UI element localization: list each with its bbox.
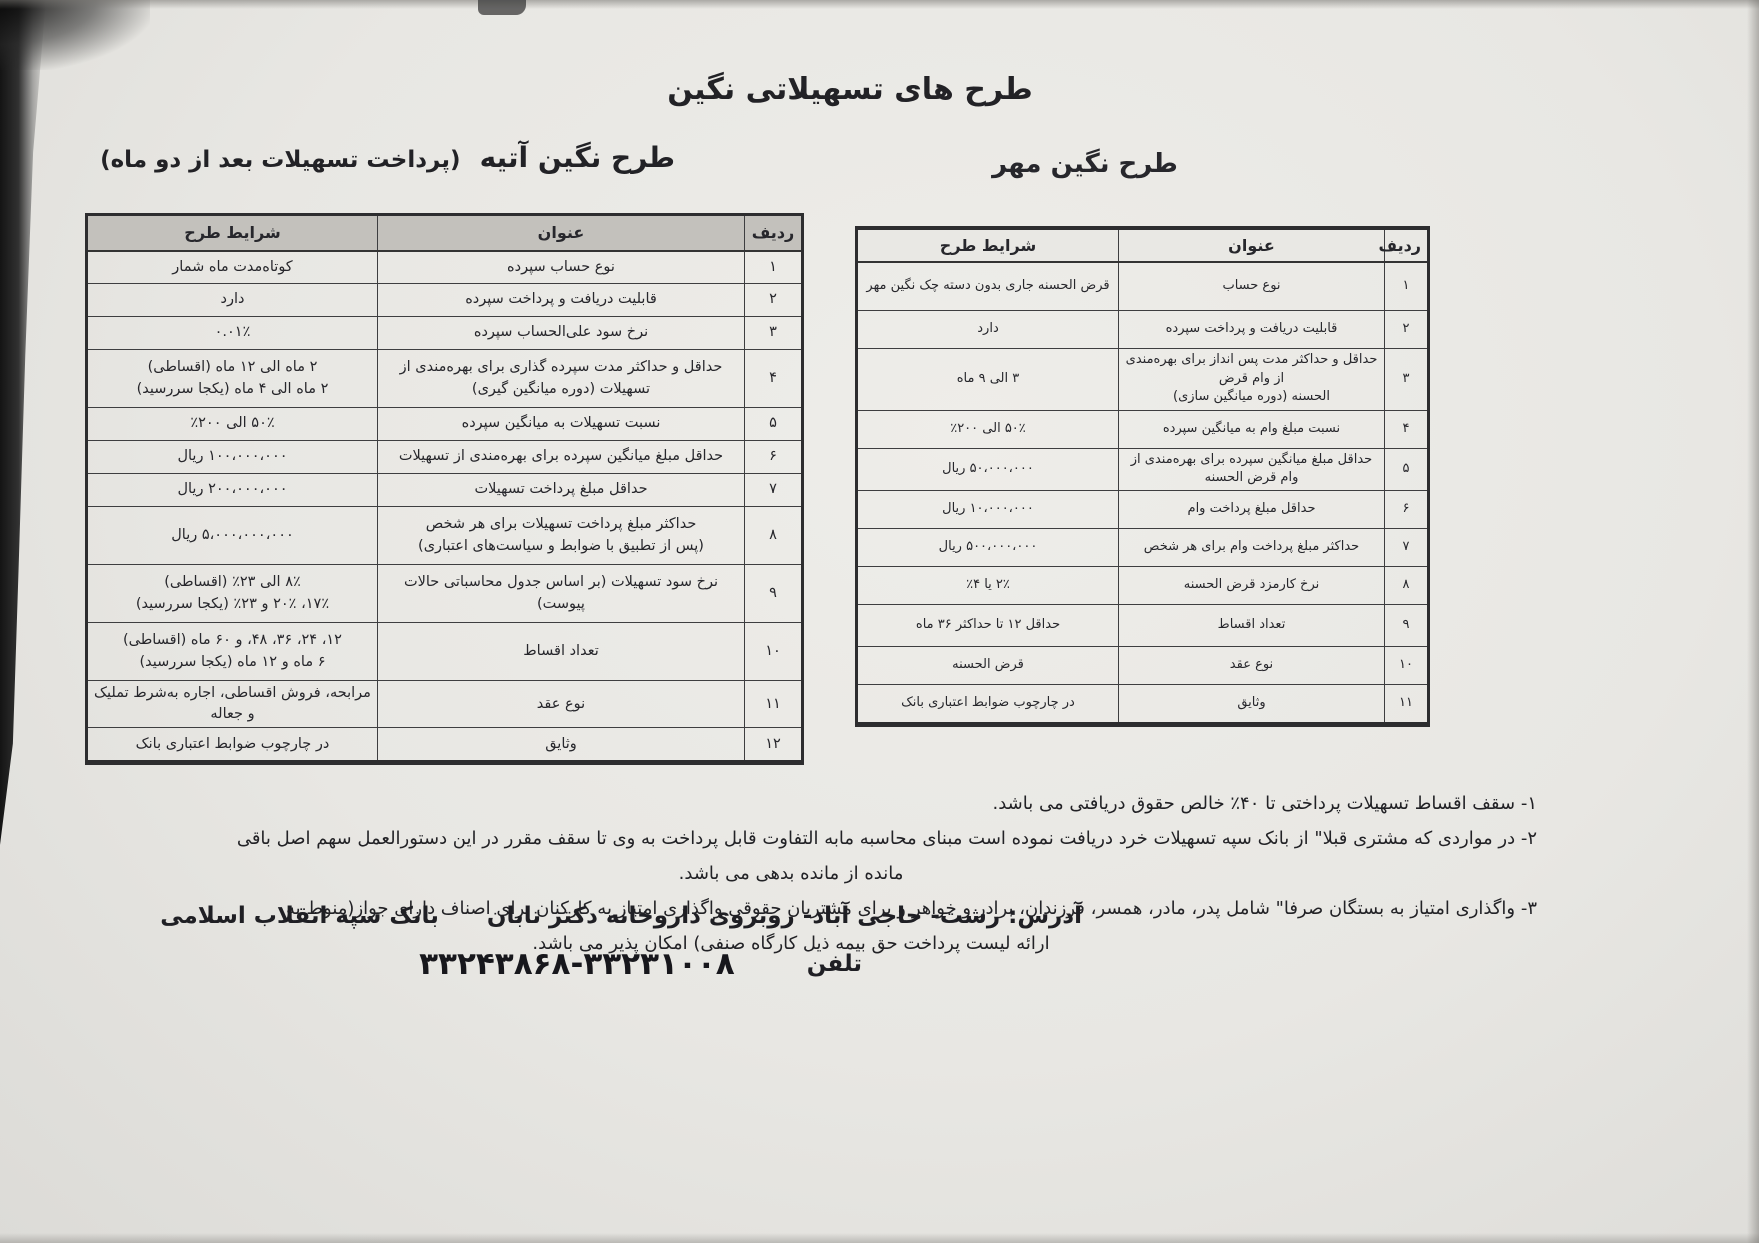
header-conditions: شرایط طرح: [87, 215, 378, 251]
header-row-no: ردیف: [1385, 228, 1429, 262]
cell-title: نسبت مبلغ وام به میانگین سپرده: [1119, 410, 1385, 448]
scan-top-strip-artifact: [0, 0, 1759, 9]
cell-row-no: ۹: [745, 565, 803, 623]
cell-conditions: ۵۰٪ الی ۲۰۰٪: [87, 408, 378, 441]
cell-row-no: ۱۰: [745, 623, 803, 681]
cell-title: نرخ سود تسهیلات (بر اساس جدول محاسباتی ح…: [378, 565, 745, 623]
table-row: ۲ قابلیت دریافت و پرداخت سپرده دارد: [857, 310, 1429, 348]
cell-conditions: ۲٪ یا ۴٪: [857, 567, 1119, 605]
cell-row-no: ۴: [745, 350, 803, 408]
footnote-2-line-1: ۲- در مواردی که مشتری قبلا" از بانک سپه …: [45, 821, 1537, 856]
table-row: ۹ تعداد اقساط حداقل ۱۲ تا حداکثر ۳۶ ماه: [857, 605, 1429, 647]
cell-title: قابلیت دریافت و پرداخت سپرده: [378, 284, 745, 317]
scan-edge-right-artifact: [1747, 0, 1759, 1243]
cell-title: حداکثر مبلغ پرداخت وام برای هر شخص: [1119, 529, 1385, 567]
cell-title: حداقل و حداکثر مدت سپرده گذاری برای بهره…: [378, 350, 745, 408]
cell-title: حداقل مبلغ پرداخت وام: [1119, 491, 1385, 529]
cell-conditions: ۸٪ الی ۲۳٪ (اقساطی) ۱۷٪، ۲۰٪ و ۲۳٪ (یکجا…: [87, 565, 378, 623]
cell-conditions: دارد: [87, 284, 378, 317]
cell-conditions: ۱۲، ۲۴، ۳۶، ۴۸، و ۶۰ ماه (اقساطی) ۶ ماه …: [87, 623, 378, 681]
cell-row-no: ۷: [1385, 529, 1429, 567]
branch-address: آدرس: رشت- حاجی آباد- روبروی داروخانه دک…: [487, 903, 1082, 929]
table-row: ۶ حداقل مبلغ پرداخت وام ۱۰،۰۰۰،۰۰۰ ریال: [857, 491, 1429, 529]
cell-conditions: ۵۰۰،۰۰۰،۰۰۰ ریال: [857, 529, 1119, 567]
cell-row-no: ۷: [745, 474, 803, 507]
cell-row-no: ۱: [1385, 262, 1429, 310]
cell-conditions: ۱۰۰،۰۰۰،۰۰۰ ریال: [87, 441, 378, 474]
cell-conditions: دارد: [857, 310, 1119, 348]
cell-title: نرخ کارمزد قرض الحسنه: [1119, 567, 1385, 605]
header-title: عنوان: [378, 215, 745, 251]
table-row: ۱۲ وثایق در چارچوب ضوابط اعتباری بانک: [87, 728, 803, 763]
cell-title: نرخ سود علی‌الحساب سپرده: [378, 317, 745, 350]
scanned-document: طرح های تسهیلاتی نگین طرح نگین مهر طرح ن…: [0, 0, 1759, 1243]
cell-row-no: ۱۰: [1385, 647, 1429, 685]
cell-conditions: حداقل ۱۲ تا حداکثر ۳۶ ماه: [857, 605, 1119, 647]
cell-row-no: ۳: [1385, 348, 1429, 410]
cell-row-no: ۸: [1385, 567, 1429, 605]
footnotes-block: ۱- سقف اقساط تسهیلات پرداختی تا ۴۰٪ خالص…: [45, 786, 1537, 961]
cell-title: تعداد اقساط: [378, 623, 745, 681]
mehr-plan-table: ردیف عنوان شرایط طرح ۱ نوع حساب قرض الحس…: [855, 226, 1430, 727]
cell-conditions: ۵،۰۰۰،۰۰۰،۰۰۰ ریال: [87, 507, 378, 565]
document-title: طرح های تسهیلاتی نگین: [590, 72, 1110, 107]
cell-conditions: مرابحه، فروش اقساطی، اجاره به‌شرط تملیک …: [87, 681, 378, 728]
table-row: ۳ نرخ سود علی‌الحساب سپرده ۰.۰۱٪: [87, 317, 803, 350]
cell-row-no: ۱: [745, 251, 803, 284]
cell-conditions: ۱۰،۰۰۰،۰۰۰ ریال: [857, 491, 1119, 529]
cell-conditions: قرض الحسنه جاری بدون دسته چک نگین مهر: [857, 262, 1119, 310]
cell-row-no: ۲: [745, 284, 803, 317]
table-header-row: ردیف عنوان شرایط طرح: [87, 215, 803, 251]
cell-conditions: ۲ ماه الی ۱۲ ماه (اقساطی) ۲ ماه الی ۴ ما…: [87, 350, 378, 408]
scan-edge-bottom-artifact: [0, 1233, 1759, 1243]
cell-title: حداکثر مبلغ پرداخت تسهیلات برای هر شخص (…: [378, 507, 745, 565]
scan-corner-artifact: [0, 0, 150, 70]
cell-conditions: در چارچوب ضوابط اعتباری بانک: [87, 728, 378, 763]
table-row: ۸ حداکثر مبلغ پرداخت تسهیلات برای هر شخص…: [87, 507, 803, 565]
scan-top-mark-artifact: [478, 0, 526, 15]
cell-row-no: ۵: [1385, 448, 1429, 491]
cell-title: حداقل و حداکثر مدت پس انداز برای بهره‌من…: [1119, 348, 1385, 410]
cell-title: وثایق: [1119, 685, 1385, 725]
phone-line: تلفن ۳۳۲۴۳۸۶۸-۳۳۲۳۱۰۰۸: [418, 946, 862, 982]
cell-title: حداقل مبلغ میانگین سپرده برای بهره‌مندی …: [1119, 448, 1385, 491]
table-row: ۱۱ وثایق در چارچوب ضوابط اعتباری بانک: [857, 685, 1429, 725]
cell-row-no: ۵: [745, 408, 803, 441]
cell-row-no: ۴: [1385, 410, 1429, 448]
table-row: ۳ حداقل و حداکثر مدت پس انداز برای بهره‌…: [857, 348, 1429, 410]
table-row: ۱۰ تعداد اقساط ۱۲، ۲۴، ۳۶، ۴۸، و ۶۰ ماه …: [87, 623, 803, 681]
plan-atiyeh-name: طرح نگین آتیه: [480, 141, 675, 174]
table-row: ۱۱ نوع عقد مرابحه، فروش اقساطی، اجاره به…: [87, 681, 803, 728]
header-title: عنوان: [1119, 228, 1385, 262]
cell-conditions: قرض الحسنه: [857, 647, 1119, 685]
cell-row-no: ۸: [745, 507, 803, 565]
table-row: ۱ نوع حساب قرض الحسنه جاری بدون دسته چک …: [857, 262, 1429, 310]
cell-row-no: ۲: [1385, 310, 1429, 348]
cell-row-no: ۱۱: [745, 681, 803, 728]
scan-edge-left-artifact: [0, 0, 46, 845]
cell-title: نوع حساب سپرده: [378, 251, 745, 284]
table-row: ۷ حداکثر مبلغ پرداخت وام برای هر شخص ۵۰۰…: [857, 529, 1429, 567]
cell-title: نسبت تسهیلات به میانگین سپرده: [378, 408, 745, 441]
table-row: ۱۰ نوع عقد قرض الحسنه: [857, 647, 1429, 685]
cell-row-no: ۹: [1385, 605, 1429, 647]
plan-atiyeh-subtitle: طرح نگین آتیه (پرداخت تسهیلات بعد از دو …: [95, 141, 675, 174]
atiyeh-plan-table: ردیف عنوان شرایط طرح ۱ نوع حساب سپرده کو…: [85, 213, 804, 765]
table-row: ۴ حداقل و حداکثر مدت سپرده گذاری برای به…: [87, 350, 803, 408]
cell-title: نوع عقد: [378, 681, 745, 728]
cell-conditions: ۲۰۰،۰۰۰،۰۰۰ ریال: [87, 474, 378, 507]
table-row: ۷ حداقل مبلغ پرداخت تسهیلات ۲۰۰،۰۰۰،۰۰۰ …: [87, 474, 803, 507]
cell-conditions: ۳ الی ۹ ماه: [857, 348, 1119, 410]
plan-atiyeh-note: (پرداخت تسهیلات بعد از دو ماه): [100, 147, 460, 173]
cell-title: نوع عقد: [1119, 647, 1385, 685]
cell-row-no: ۶: [745, 441, 803, 474]
address-line: آدرس: رشت- حاجی آباد- روبروی داروخانه دک…: [320, 903, 1082, 929]
table-row: ۹ نرخ سود تسهیلات (بر اساس جدول محاسباتی…: [87, 565, 803, 623]
cell-row-no: ۳: [745, 317, 803, 350]
header-row-no: ردیف: [745, 215, 803, 251]
table-row: ۶ حداقل مبلغ میانگین سپرده برای بهره‌مند…: [87, 441, 803, 474]
table-row: ۱ نوع حساب سپرده کوتاه‌مدت ماه شمار: [87, 251, 803, 284]
cell-conditions: ۰.۰۱٪: [87, 317, 378, 350]
cell-conditions: در چارچوب ضوابط اعتباری بانک: [857, 685, 1119, 725]
cell-conditions: ۵۰،۰۰۰،۰۰۰ ریال: [857, 448, 1119, 491]
cell-title: حداقل مبلغ پرداخت تسهیلات: [378, 474, 745, 507]
table-header-row: ردیف عنوان شرایط طرح: [857, 228, 1429, 262]
plan-mehr-subtitle: طرح نگین مهر: [985, 149, 1185, 179]
table-row: ۴ نسبت مبلغ وام به میانگین سپرده ۵۰٪ الی…: [857, 410, 1429, 448]
bank-name: بانک سپه انقلاب اسلامی: [160, 903, 439, 929]
cell-title: تعداد اقساط: [1119, 605, 1385, 647]
table-row: ۸ نرخ کارمزد قرض الحسنه ۲٪ یا ۴٪: [857, 567, 1429, 605]
cell-title: قابلیت دریافت و پرداخت سپرده: [1119, 310, 1385, 348]
cell-conditions: ۵۰٪ الی ۲۰۰٪: [857, 410, 1119, 448]
footnote-1: ۱- سقف اقساط تسهیلات پرداختی تا ۴۰٪ خالص…: [45, 786, 1537, 821]
phone-number: ۳۳۲۴۳۸۶۸-۳۳۲۳۱۰۰۸: [419, 946, 735, 982]
table-row: ۵ حداقل مبلغ میانگین سپرده برای بهره‌مند…: [857, 448, 1429, 491]
cell-row-no: ۱۱: [1385, 685, 1429, 725]
table-row: ۲ قابلیت دریافت و پرداخت سپرده دارد: [87, 284, 803, 317]
cell-row-no: ۱۲: [745, 728, 803, 763]
table-row: ۵ نسبت تسهیلات به میانگین سپرده ۵۰٪ الی …: [87, 408, 803, 441]
cell-conditions: کوتاه‌مدت ماه شمار: [87, 251, 378, 284]
cell-title: حداقل مبلغ میانگین سپرده برای بهره‌مندی …: [378, 441, 745, 474]
phone-label: تلفن: [807, 951, 862, 977]
header-conditions: شرایط طرح: [857, 228, 1119, 262]
cell-title: وثایق: [378, 728, 745, 763]
footnote-2-line-2: مانده از مانده بدهی می باشد.: [45, 856, 1537, 891]
cell-row-no: ۶: [1385, 491, 1429, 529]
cell-title: نوع حساب: [1119, 262, 1385, 310]
